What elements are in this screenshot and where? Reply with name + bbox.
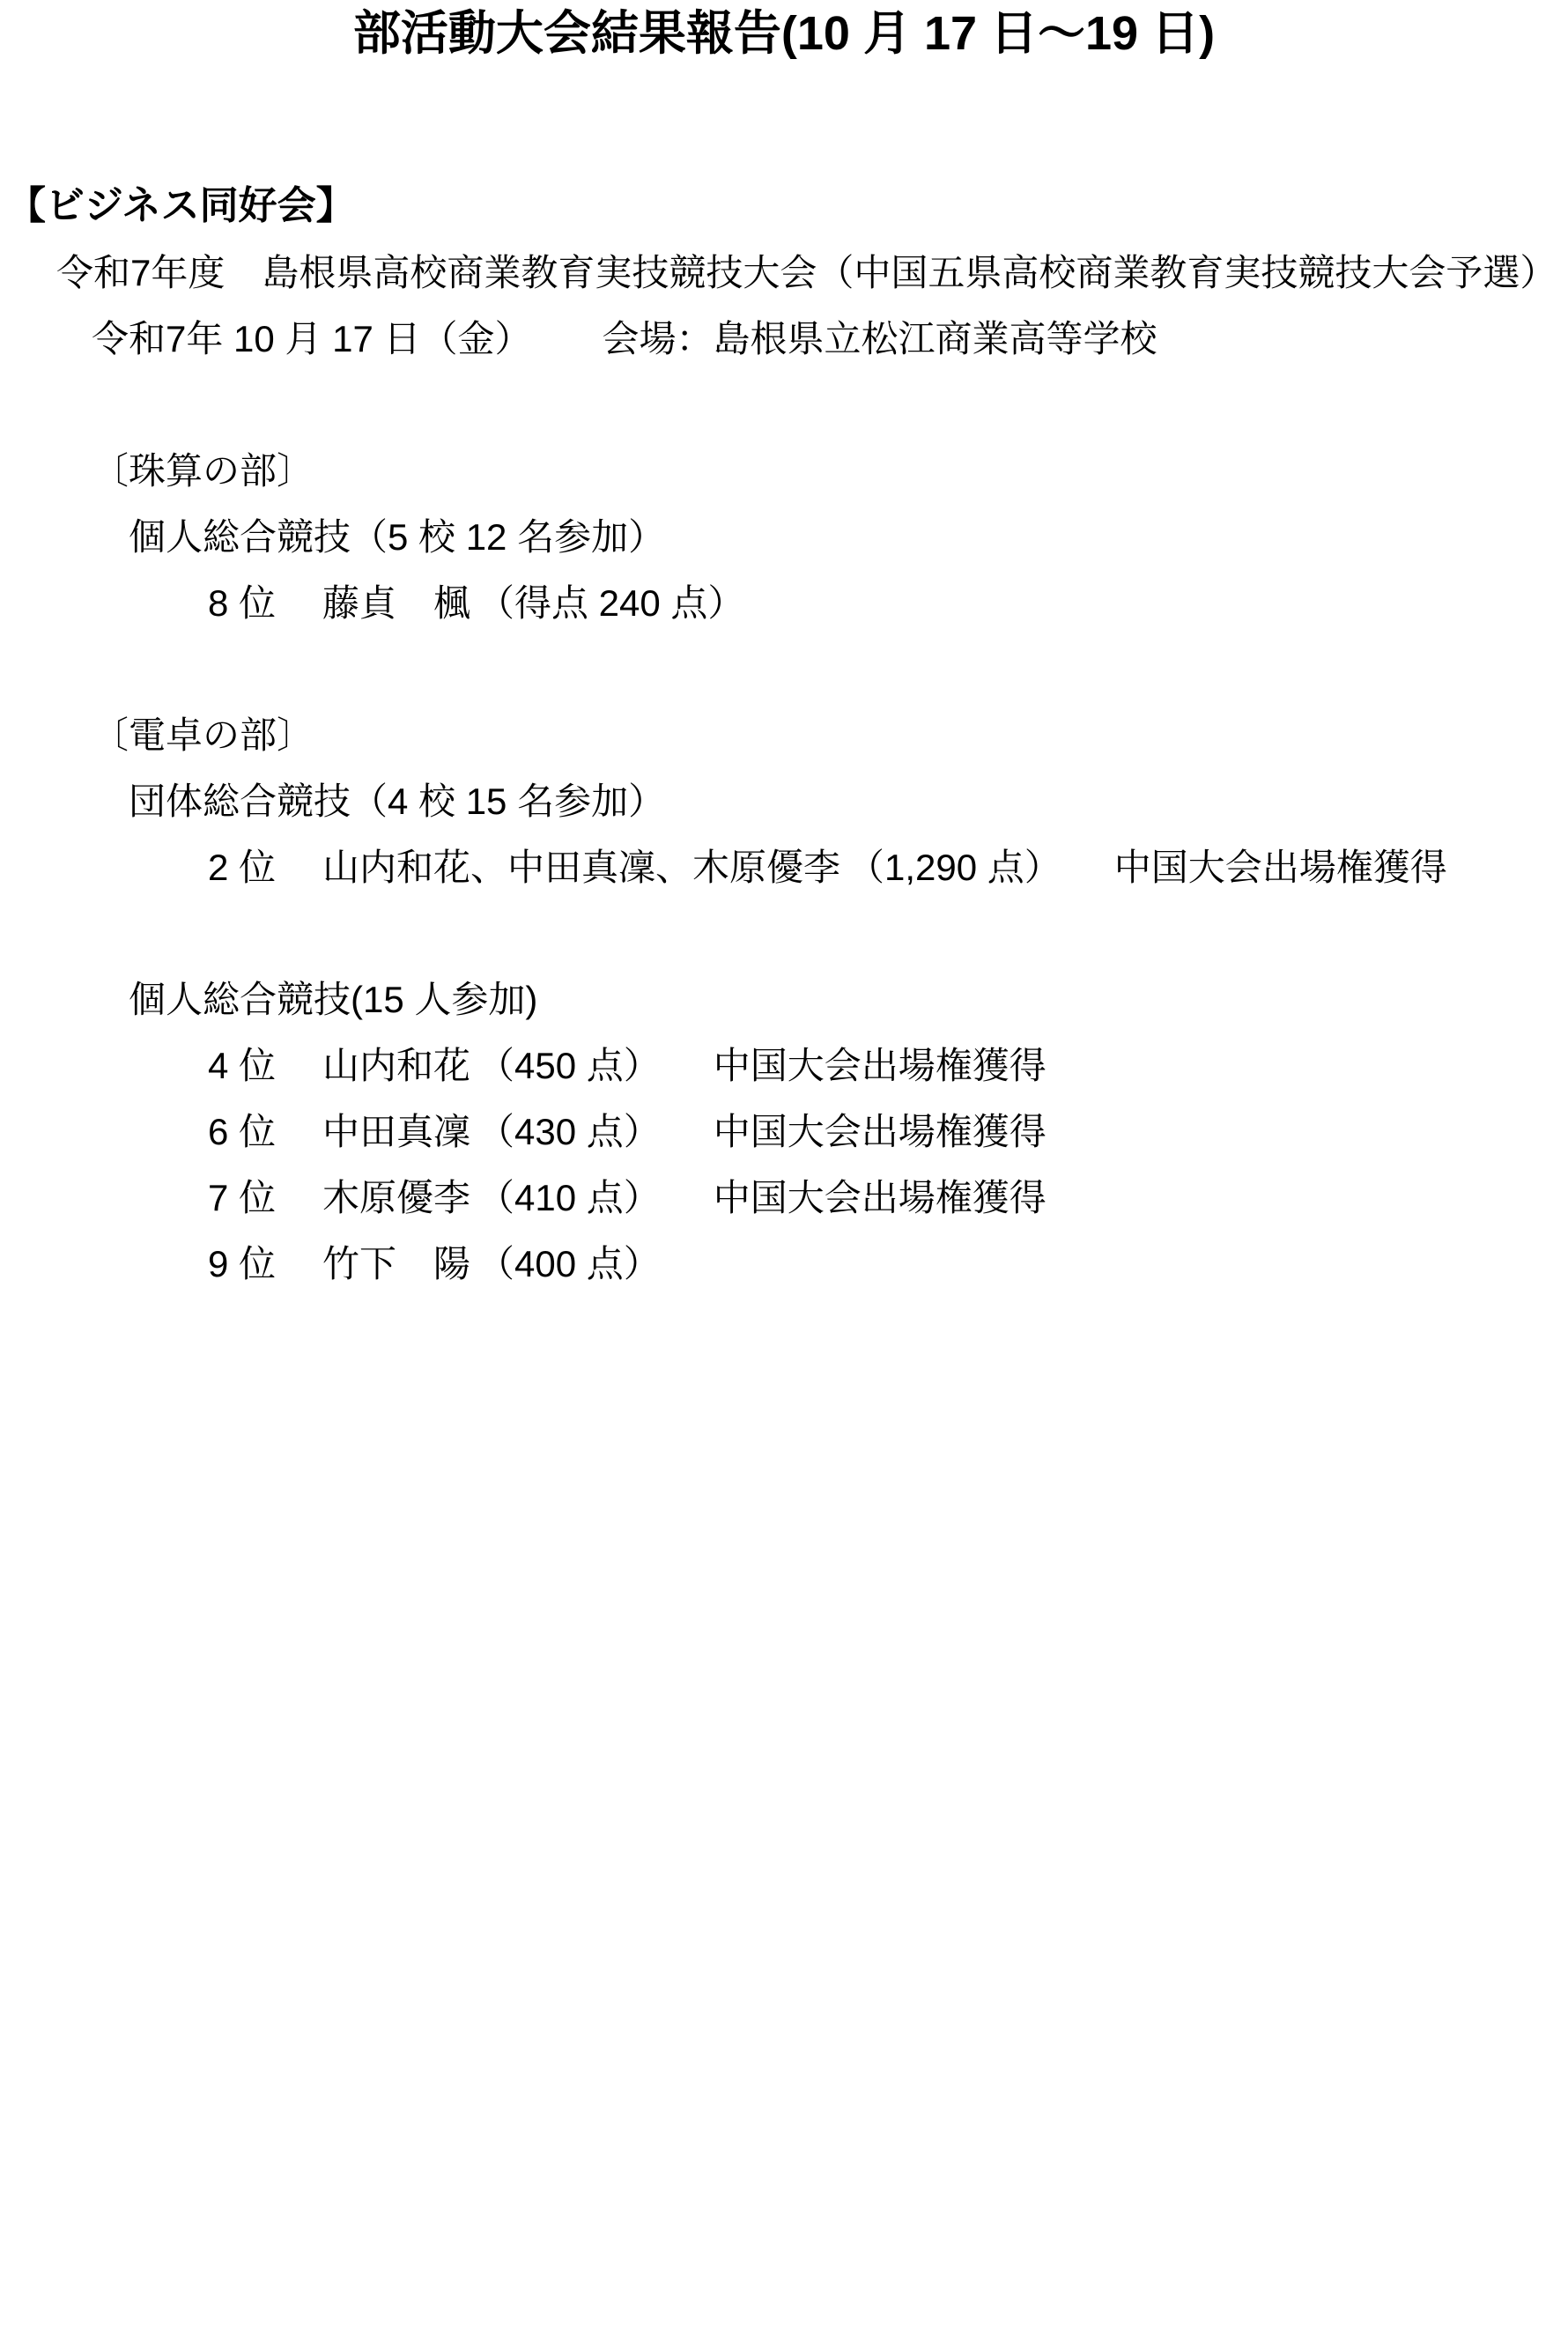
result-score: （430 点） (477, 1111, 661, 1152)
result-score: （得点 240 点） (477, 582, 744, 624)
event-title-soroban-individual: 個人総合競技（5 校 12 名参加） (0, 504, 1568, 570)
blank-line (0, 900, 1568, 966)
result-row: 6 位中田真凜（430 点）中国大会出場権獲得 (0, 1099, 1568, 1165)
result-names: 中田真凜 (322, 1111, 470, 1152)
result-rank: 4 位 (208, 1032, 322, 1099)
section-heading-soroban: 〔珠算の部〕 (0, 438, 1568, 504)
result-names: 竹下 陽 (322, 1243, 470, 1284)
result-score: （400 点） (477, 1243, 661, 1284)
result-names: 山内和花、中田真凜、木原優李 (322, 847, 840, 888)
document-page: 部活動大会結果報告(10 月 17 日～19 日) 【ビジネス同好会】 令和7年… (0, 0, 1568, 2346)
result-row: 9 位竹下 陽（400 点） (0, 1231, 1568, 1297)
result-rank: 9 位 (208, 1231, 322, 1297)
event-date: 令和7年 10 月 17 日（金） (92, 318, 531, 359)
event-title-dentaku-team: 団体総合競技（4 校 15 名参加） (0, 768, 1568, 834)
result-names: 山内和花 (322, 1045, 470, 1086)
blank-line (0, 636, 1568, 702)
event-title-dentaku-individual: 個人総合競技(15 人参加) (0, 966, 1568, 1032)
date-venue-line: 令和7年 10 月 17 日（金）会場：島根県立松江商業高等学校 (0, 306, 1568, 372)
result-rank: 8 位 (208, 570, 322, 636)
result-score: （1,290 点） (847, 847, 1061, 888)
result-note: 中国大会出場権獲得 (714, 1111, 1047, 1152)
result-row: 2 位山内和花、中田真凜、木原優李（1,290 点）中国大会出場権獲得 (0, 834, 1568, 900)
result-score: （450 点） (477, 1045, 661, 1086)
result-score: （410 点） (477, 1177, 661, 1218)
event-venue: 会場：島根県立松江商業高等学校 (602, 318, 1157, 359)
result-row: 8 位藤貞 楓（得点 240 点） (0, 570, 1568, 636)
blank-line (0, 372, 1568, 438)
result-rank: 2 位 (208, 834, 322, 900)
result-row: 4 位山内和花（450 点）中国大会出場権獲得 (0, 1032, 1568, 1099)
document-title: 部活動大会結果報告(10 月 17 日～19 日) (0, 0, 1568, 60)
result-names: 藤貞 楓 (322, 582, 470, 624)
result-note: 中国大会出場権獲得 (714, 1045, 1047, 1086)
result-names: 木原優李 (322, 1177, 470, 1218)
result-rank: 6 位 (208, 1099, 322, 1165)
result-row: 7 位木原優李（410 点）中国大会出場権獲得 (0, 1165, 1568, 1231)
event-name-line: 令和7年度 島根県高校商業教育実技競技大会（中国五県高校商業教育実技競技大会予選… (0, 240, 1568, 306)
result-rank: 7 位 (208, 1165, 322, 1231)
section-heading-dentaku: 〔電卓の部〕 (0, 702, 1568, 768)
result-note: 中国大会出場権獲得 (1114, 847, 1447, 888)
result-note: 中国大会出場権獲得 (714, 1177, 1047, 1218)
club-heading: 【ビジネス同好会】 (0, 181, 1568, 231)
